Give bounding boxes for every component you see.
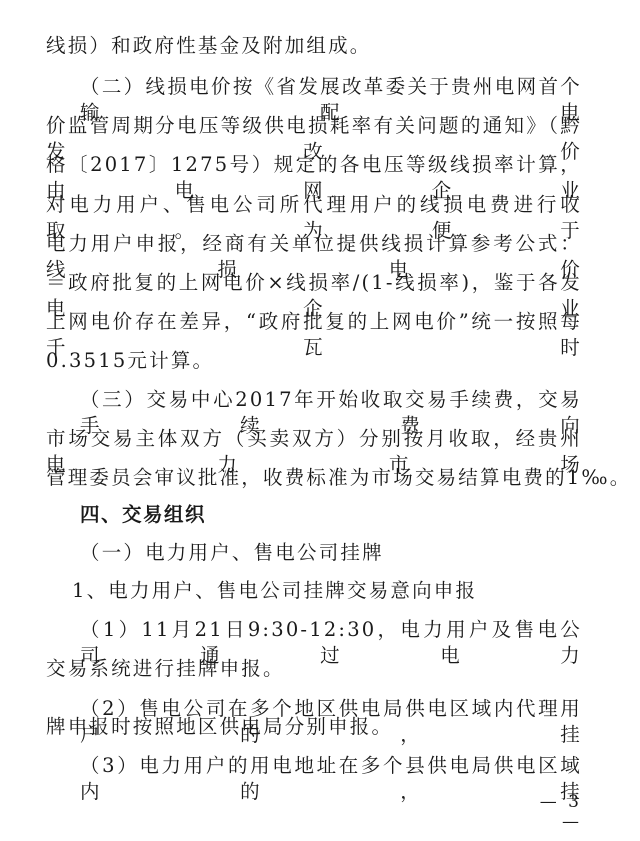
text-line: 牌申报时按照地区供电局分别申报。 xyxy=(46,714,582,740)
text-line: 线损）和政府性基金及附加组成。 xyxy=(46,33,582,59)
text-line: 0.3515元计算。 xyxy=(46,348,582,374)
item-heading: 1、电力用户、售电公司挂牌交易意向申报 xyxy=(72,578,608,604)
text-line: 管理委员会审议批准，收费标准为市场交易结算电费的1‰。 xyxy=(46,465,582,491)
text-line: 交易系统进行挂牌申报。 xyxy=(46,656,582,682)
list-item-3: （3）电力用户的用电地址在多个县供电局供电区域内的，挂 xyxy=(80,753,582,805)
document-page: 线损）和政府性基金及附加组成。 （二）线损电价按《省发展改革委关于贵州电网首个输… xyxy=(0,0,640,841)
subsection-heading: （一）电力用户、售电公司挂牌 xyxy=(80,540,582,566)
section-heading: 四、交易组织 xyxy=(80,502,582,528)
page-number: — 3 — xyxy=(520,792,582,832)
